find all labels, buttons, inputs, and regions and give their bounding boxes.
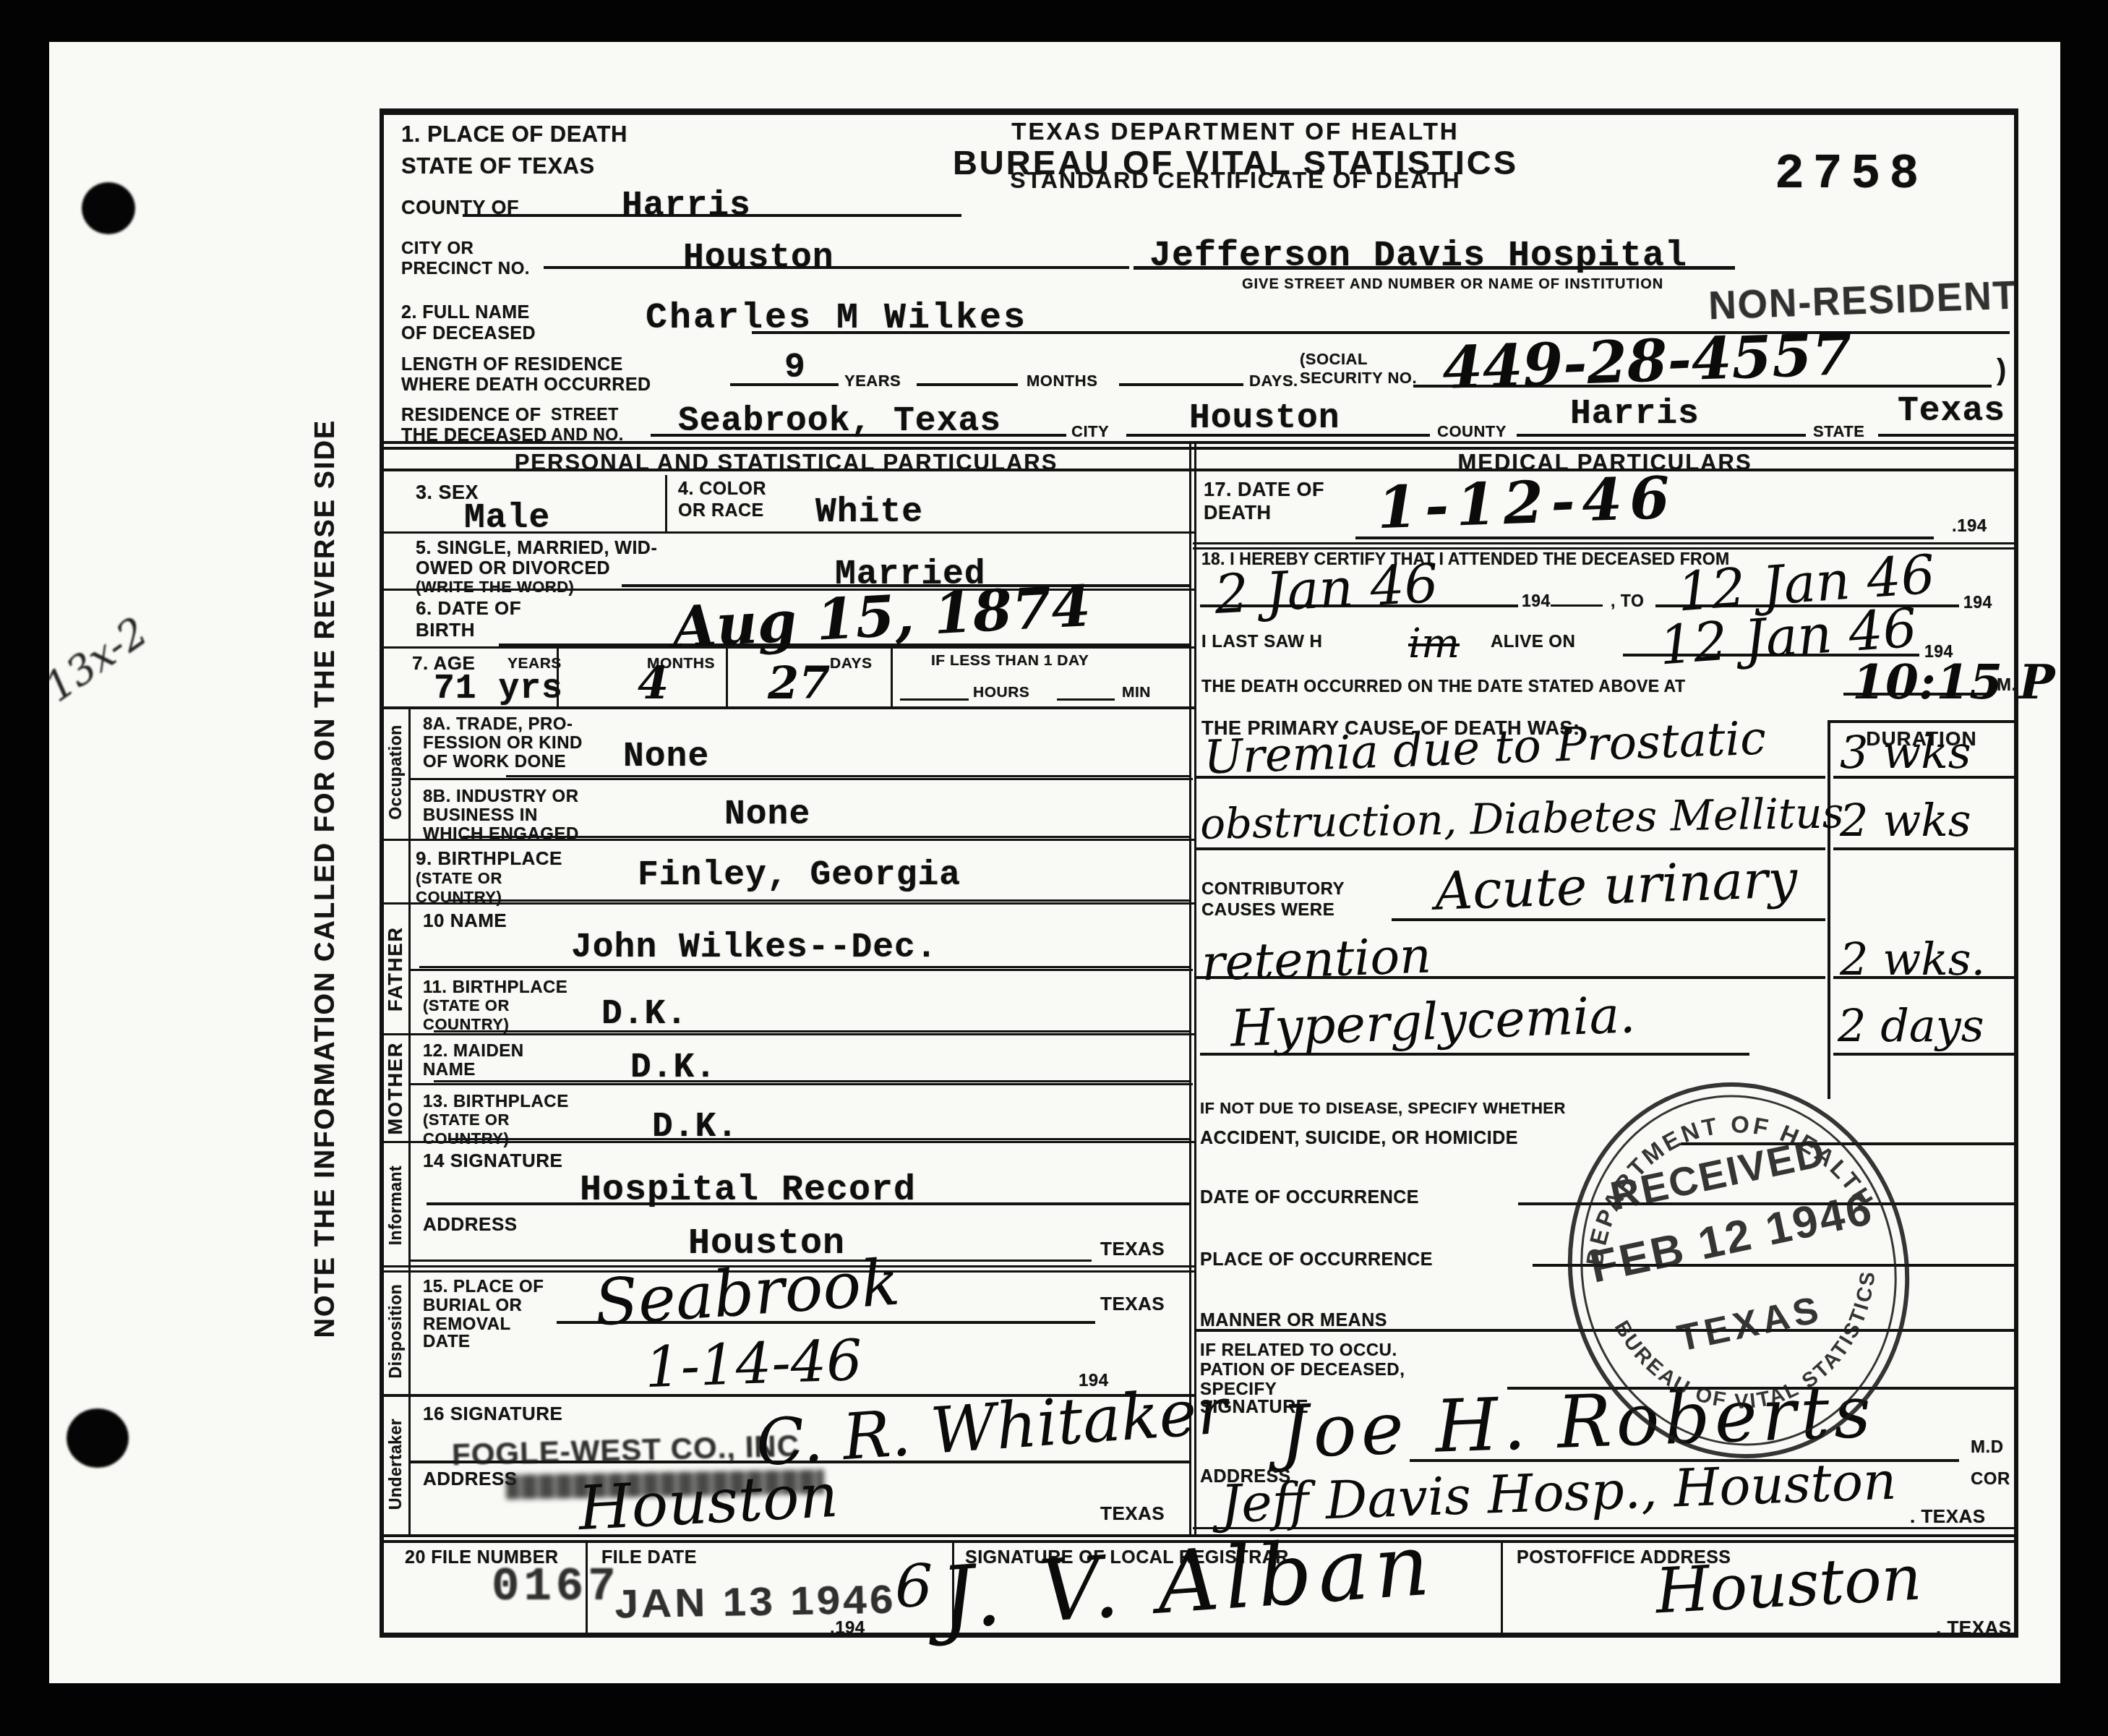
father-name-label: 10 NAME	[423, 910, 507, 932]
date-occurrence-label: DATE OF OCCURRENCE	[1200, 1187, 1419, 1208]
form-line	[408, 706, 411, 1534]
dob-label-1: 6. DATE OF	[416, 597, 521, 620]
file-number-value: 0167	[492, 1562, 620, 1614]
dept-title: TEXAS DEPARTMENT OF HEALTH	[823, 118, 1648, 145]
form-line	[380, 108, 2018, 115]
industry-value: None	[724, 795, 810, 834]
last-saw-struck-word: im	[1408, 620, 1460, 667]
postoffice-texas-label: . TEXAS	[1936, 1617, 2012, 1639]
undertaker-sig-label: 16 SIGNATURE	[423, 1403, 562, 1425]
postoffice-value: Houston	[1654, 1542, 1924, 1628]
years-label: YEARS	[844, 372, 901, 390]
ssn-close-paren: )	[1997, 354, 2007, 387]
form-line	[2014, 108, 2018, 1638]
last-saw-label-1: I LAST SAW H	[1201, 632, 1322, 652]
cor-label: COR	[1971, 1469, 2010, 1489]
burial-date-label: DATE	[423, 1332, 471, 1352]
burial-label-1: 15. PLACE OF	[423, 1277, 544, 1297]
age-days-value: 27	[768, 657, 830, 709]
film-border-top	[0, 0, 2108, 42]
father-bp-label-1: 11. BIRTHPLACE	[423, 978, 567, 998]
side-label-father: FATHER	[385, 911, 406, 1027]
film-border-right	[2060, 0, 2108, 1736]
institution-hint: GIVE STREET AND NUMBER OR NAME OF INSTIT…	[1242, 276, 1663, 293]
birthplace-label-2: (STATE OR	[416, 869, 502, 888]
residence-of-label-1: RESIDENCE OF	[401, 405, 541, 426]
maiden-value: D.K.	[630, 1048, 716, 1087]
father-bp-value: D.K.	[601, 995, 687, 1034]
age-less-label: IF LESS THAN 1 DAY	[931, 652, 1089, 670]
form-line	[448, 1138, 1189, 1140]
county2-label: COUNTY	[1437, 422, 1507, 441]
form-line	[1517, 434, 1806, 437]
father-bp-label-2: (STATE OR	[423, 996, 510, 1015]
dod-value: 1-12-46	[1376, 463, 1678, 542]
manner-means-label: MANNER OR MEANS	[1200, 1310, 1387, 1331]
burial-label-2: BURIAL OR	[423, 1296, 522, 1316]
city2-value: Houston	[1189, 399, 1340, 438]
physician-texas-label: . TEXAS	[1910, 1505, 1986, 1528]
mother-bp-value: D.K.	[652, 1108, 738, 1147]
dod-label-2: DEATH	[1204, 502, 1272, 524]
marital-label-2: OWED OR DIVORCED	[416, 558, 610, 579]
father-bp-label-3: COUNTRY)	[423, 1015, 509, 1034]
contributory-label-1: CONTRIBUTORY	[1201, 879, 1345, 899]
md-label: M.D	[1971, 1437, 2004, 1458]
form-line	[380, 108, 384, 1638]
m-label: M.	[1997, 675, 2017, 696]
age-years-value: 71 yrs	[434, 670, 563, 709]
industry-label-2: BUSINESS IN	[423, 805, 538, 826]
dod-194: .194	[1952, 516, 1987, 536]
punch-hole-top	[82, 182, 135, 234]
street-label-1: STREET	[551, 405, 619, 424]
father-name-value: John Wilkes--Dec.	[571, 928, 938, 967]
days-label: DAYS.	[1249, 372, 1298, 390]
institution-value: Jefferson Davis Hospital	[1149, 236, 1687, 277]
file-date-hand-6: 6	[895, 1553, 933, 1622]
form-line	[917, 383, 1018, 386]
form-line	[408, 1083, 1193, 1085]
ssn-label-1: (SOCIAL	[1300, 350, 1368, 369]
form-line	[891, 648, 893, 706]
punch-hole-bottom	[67, 1408, 129, 1468]
form-line	[544, 266, 1129, 269]
form-line	[448, 899, 1189, 902]
death-certificate-scan: NOTE THE INFORMATION CALLED FOR ON THE R…	[0, 0, 2108, 1736]
birthplace-label-1: 9. BIRTHPLACE	[416, 847, 562, 870]
marital-label-3: (WRITE THE WORD)	[416, 578, 574, 597]
street-label-2: AND NO.	[551, 425, 624, 445]
mother-bp-label-2: (STATE OR	[423, 1111, 510, 1129]
reverse-side-note: NOTE THE INFORMATION CALLED FOR ON THE R…	[314, 394, 336, 1363]
place-occurrence-label: PLACE OF OCCURRENCE	[1200, 1249, 1433, 1270]
form-line	[1189, 441, 1191, 1536]
burial-texas-label: TEXAS	[1100, 1293, 1165, 1315]
file-date-label: FILE DATE	[601, 1547, 697, 1568]
last-saw-label-2: ALIVE ON	[1491, 632, 1575, 652]
informant-sig-label: 14 SIGNATURE	[423, 1150, 562, 1172]
fullname-value: Charles M Wilkes	[646, 298, 1027, 339]
file-date-194: .194	[830, 1618, 865, 1638]
form-line	[380, 1633, 2018, 1638]
form-line	[1833, 847, 2015, 850]
months-label: MONTHS	[1027, 372, 1097, 390]
city-or-label: CITY OR	[401, 239, 474, 259]
side-label-occupation: Occupation	[385, 707, 406, 837]
city2-label: CITY	[1071, 422, 1109, 441]
dob-label-2: BIRTH	[416, 619, 475, 641]
related-label-2: PATION OF DECEASED,	[1200, 1360, 1405, 1380]
form-line	[1878, 434, 2015, 437]
state2-value: Texas	[1898, 392, 2005, 431]
side-label-undertaker: Undertaker	[385, 1395, 406, 1533]
dod-label-1: 17. DATE OF	[1204, 479, 1324, 501]
standard-title: STANDARD CERTIFICATE OF DEATH	[823, 167, 1648, 194]
form-line	[408, 778, 1193, 780]
burial-date-value: 1-14-46	[644, 1328, 864, 1401]
film-border-bottom	[0, 1683, 2108, 1736]
fullname-label-2: OF DECEASED	[401, 323, 536, 344]
contributory-value-2: retention	[1201, 927, 1432, 992]
trade-value: None	[623, 737, 709, 777]
contributory-value-1: Acute urinary	[1434, 848, 1799, 921]
county-value: Harris	[622, 187, 751, 226]
street-value: Seabrook, Texas	[678, 402, 1001, 441]
trade-label-3: OF WORK DONE	[423, 752, 566, 772]
precinct-no-label: PRECINCT NO.	[401, 259, 530, 279]
form-line	[380, 441, 2018, 444]
death-occurred-label: THE DEATH OCCURRED ON THE DATE STATED AB…	[1201, 677, 1686, 696]
maiden-label-2: NAME	[423, 1060, 476, 1080]
residence-length-label-1: LENGTH OF RESIDENCE	[401, 354, 623, 375]
state-of-texas-label: STATE OF TEXAS	[401, 153, 595, 179]
personal-section-title: PERSONAL AND STATISTICAL PARTICULARS	[380, 450, 1193, 476]
attended-194b: 194	[1963, 593, 1992, 612]
attended-194a: 194	[1522, 591, 1551, 611]
received-stamp: DEPARTMENT OF HEALTH BUREAU OF VITAL STA…	[1533, 1048, 1952, 1497]
birthplace-label-3: COUNTRY)	[416, 888, 502, 907]
industry-label-1: 8B. INDUSTRY OR	[423, 787, 579, 807]
informant-addr-label: ADDRESS	[423, 1213, 518, 1236]
undertaker-addr-value: Houston	[577, 1460, 840, 1544]
form-line	[434, 1030, 1189, 1032]
stamp-arc-bottom: BUREAU OF VITAL STATISTICS	[1608, 1264, 1904, 1440]
related-label-1: IF RELATED TO OCCU.	[1200, 1341, 1397, 1361]
contributory-3-duration: 2 days	[1838, 999, 1984, 1052]
city-value: Houston	[683, 239, 834, 278]
mother-bp-label-1: 13. BIRTHPLACE	[423, 1092, 569, 1112]
color-label-1: 4. COLOR	[678, 479, 766, 500]
undertaker-texas-label: TEXAS	[1100, 1502, 1165, 1525]
form-line	[1119, 383, 1243, 386]
form-line	[900, 698, 969, 701]
ssn-label-2: SECURITY NO.	[1300, 369, 1417, 388]
form-line	[1194, 441, 1196, 1536]
form-line	[1196, 847, 1825, 850]
maiden-label-1: 12. MAIDEN	[423, 1041, 524, 1061]
cause-2-duration: 2 wks	[1840, 794, 1971, 847]
age-days-label: DAYS	[830, 655, 872, 672]
age-months-value: 4	[638, 657, 669, 709]
place-of-death-label: 1. PLACE OF DEATH	[401, 121, 627, 147]
to-label: , TO	[1611, 591, 1644, 611]
side-label-disposition: Disposition	[385, 1270, 406, 1393]
contributory-label-2: CAUSES WERE	[1201, 900, 1334, 920]
film-border-left	[0, 0, 49, 1736]
form-line	[1551, 604, 1603, 607]
form-line	[506, 775, 1189, 777]
ifnot-label: IF NOT DUE TO DISEASE, SPECIFY WHETHER	[1200, 1099, 1566, 1118]
county-of-label: COUNTY OF	[401, 197, 519, 219]
form-line	[665, 475, 667, 533]
side-label-mother: MOTHER	[385, 1034, 406, 1142]
residence-length-label-2: WHERE DEATH OCCURRED	[401, 375, 651, 395]
death-time-value: 10:15 P	[1852, 654, 2055, 710]
form-line	[1501, 1542, 1503, 1633]
form-line	[1828, 720, 2015, 723]
mother-bp-label-3: COUNTRY)	[423, 1129, 509, 1148]
marital-label-1: 5. SINGLE, MARRIED, WID-	[416, 538, 657, 559]
form-line	[1828, 720, 1830, 1099]
form-line	[408, 969, 1193, 971]
trade-label-2: FESSION OR KIND	[423, 733, 583, 753]
certificate-number: 2758	[1775, 147, 1927, 202]
svg-text:BUREAU OF VITAL STATISTICS: BUREAU OF VITAL STATISTICS	[1608, 1264, 1904, 1440]
contributory-2-duration: 2 wks.	[1840, 933, 1985, 985]
cause-1-duration: 3 wks	[1840, 726, 1971, 779]
attended-from-value: 2 Jan 46	[1213, 552, 1440, 626]
residence-of-label-2: THE DECEASED	[401, 425, 547, 446]
industry-label-3: WHICH ENGAGED	[423, 824, 579, 845]
residence-years-value: 9	[784, 349, 806, 388]
state2-label: STATE	[1813, 422, 1864, 441]
stamp-texas-text: TEXAS	[1674, 1288, 1826, 1360]
form-line	[1193, 542, 2018, 544]
undertaker-addr-label: ADDRESS	[423, 1468, 518, 1490]
sex-value: Male	[464, 499, 550, 538]
fullname-label-1: 2. FULL NAME	[401, 302, 530, 323]
county2-value: Harris	[1570, 395, 1700, 434]
form-line	[434, 1080, 1189, 1082]
color-label-2: OR RACE	[678, 500, 764, 521]
color-value: White	[815, 493, 923, 532]
form-line	[1057, 698, 1115, 701]
side-label-informant: Informant	[385, 1144, 406, 1267]
min-label: MIN	[1122, 684, 1151, 701]
hours-label: HOURS	[973, 684, 1029, 701]
accident-label: ACCIDENT, SUICIDE, OR HOMICIDE	[1200, 1128, 1518, 1149]
trade-label-1: 8A. TRADE, PRO-	[423, 714, 573, 735]
informant-texas-label: TEXAS	[1100, 1238, 1165, 1260]
informant-sig-value: Hospital Record	[580, 1170, 916, 1211]
ssn-value: 449-28-4557	[1441, 320, 1854, 402]
birthplace-value: Finley, Georgia	[638, 856, 961, 895]
